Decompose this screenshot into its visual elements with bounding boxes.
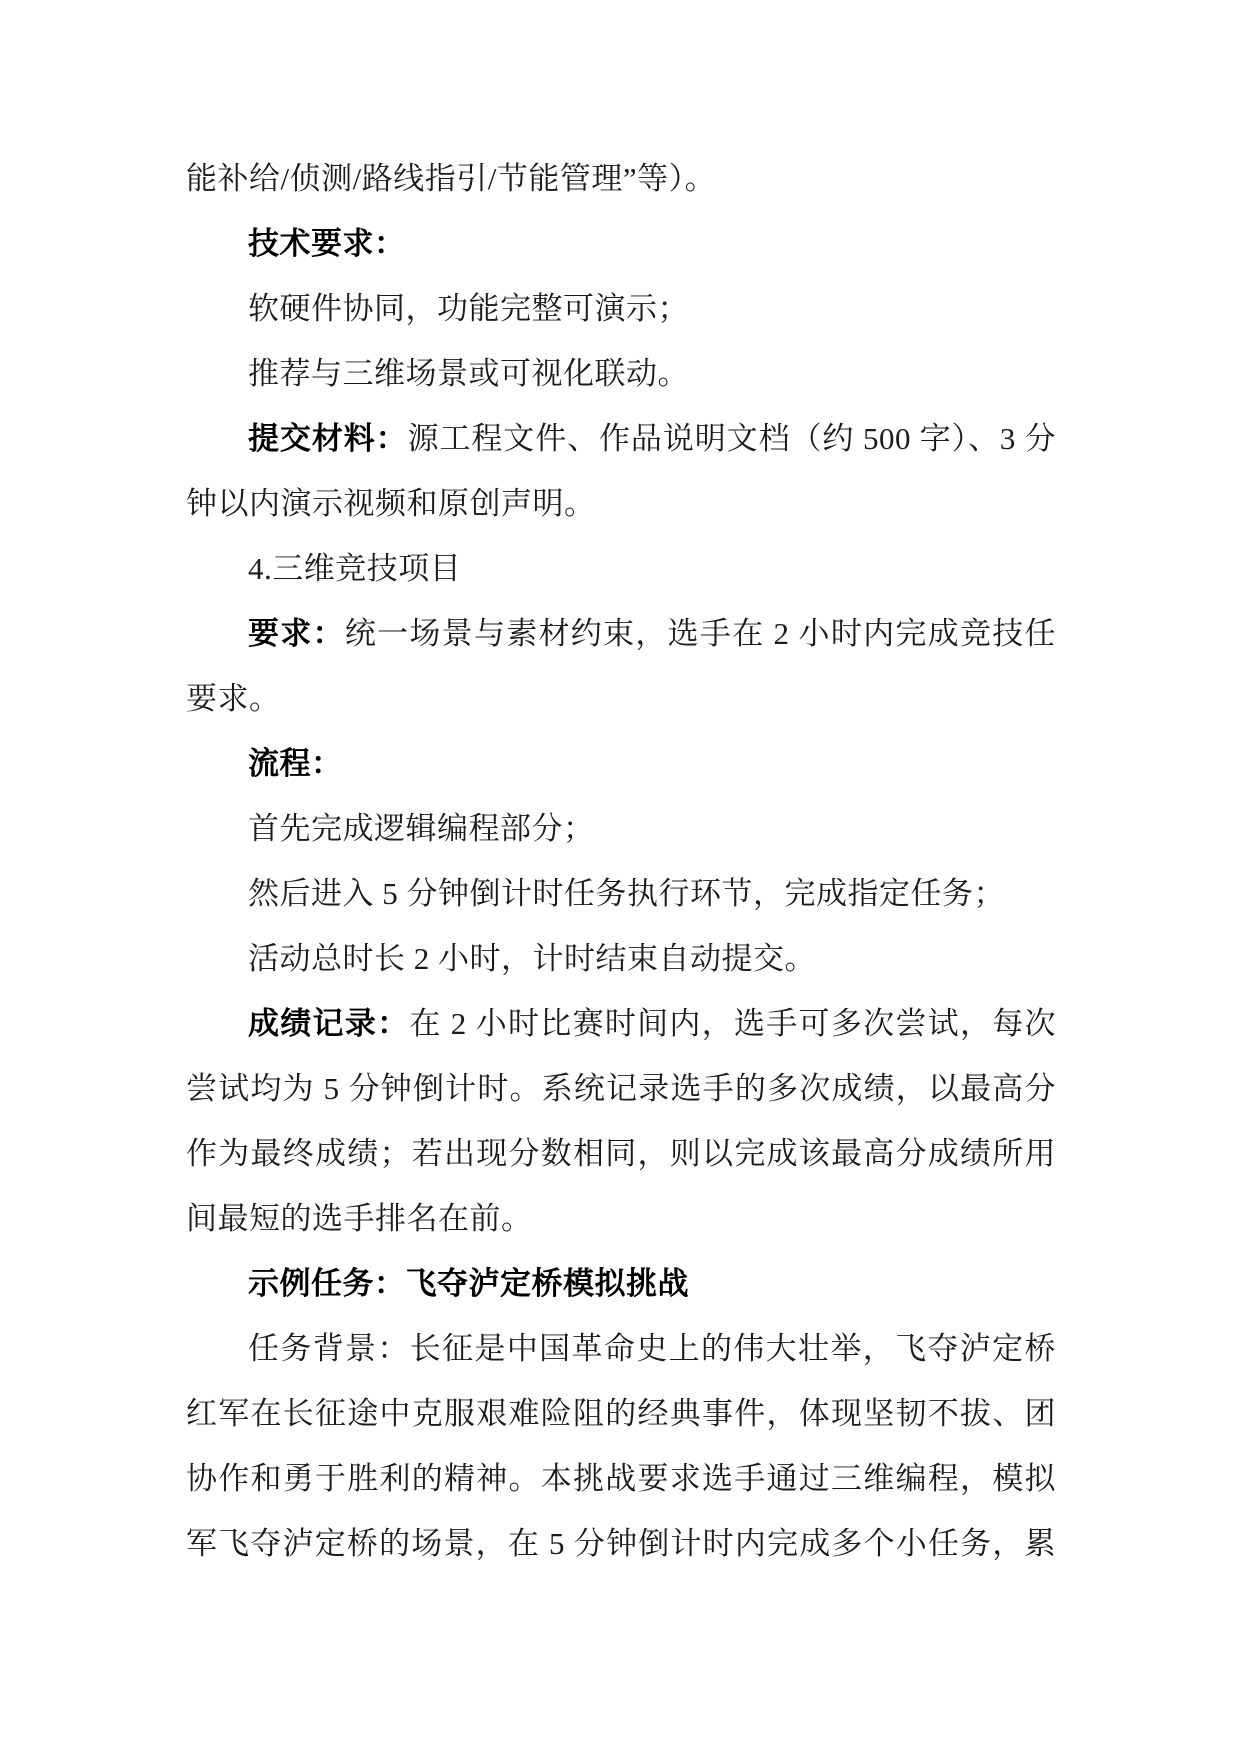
line-text: 红军在长征途中克服艰难险阻的经典事件，体现坚韧不拔、团结 bbox=[186, 1396, 1056, 1446]
line-text: 尝试均为 5 分钟倒计时。系统记录选手的多次成绩，以最高分 bbox=[186, 1071, 1056, 1106]
text-line-17: 间最短的选手排名在前。 bbox=[186, 1186, 1056, 1251]
line-text: 钟以内演示视频和原创声明。 bbox=[186, 486, 596, 521]
text-line-19: 任务背景：长征是中国革命史上的伟大壮举，飞夺泸定桥是 bbox=[186, 1316, 1056, 1381]
line-text: 任务背景：长征是中国革命史上的伟大壮举，飞夺泸定桥是 bbox=[248, 1331, 1056, 1381]
line-bold-text: 技术要求： bbox=[248, 226, 406, 261]
line-text: 协作和勇于胜利的精神。本挑战要求选手通过三维编程，模拟红 bbox=[186, 1461, 1056, 1511]
text-line-10-heading: 流程： bbox=[186, 731, 1056, 796]
text-line-2-heading: 技术要求： bbox=[186, 211, 1056, 276]
text-line-15: 尝试均为 5 分钟倒计时。系统记录选手的多次成绩，以最高分 bbox=[186, 1056, 1056, 1121]
line-text: 活动总时长 2 小时，计时结束自动提交。 bbox=[248, 941, 816, 976]
line-text: 要求。 bbox=[186, 681, 281, 716]
line-text: 首先完成逻辑编程部分； bbox=[248, 811, 595, 846]
line-text: 作为最终成绩；若出现分数相同，则以完成该最高分成绩所用时 bbox=[186, 1136, 1056, 1186]
document-body: 能补给/侦测/路线指引/节能管理”等）。 技术要求： 软硬件协同，功能完整可演示… bbox=[186, 146, 1056, 1576]
text-line-20: 红军在长征途中克服艰难险阻的经典事件，体现坚韧不拔、团结 bbox=[186, 1381, 1056, 1446]
text-line-16: 作为最终成绩；若出现分数相同，则以完成该最高分成绩所用时 bbox=[186, 1121, 1056, 1186]
text-line-11: 首先完成逻辑编程部分； bbox=[186, 796, 1056, 861]
line-bold-text: 提交材料： bbox=[248, 421, 408, 456]
line-text: 统一场景与素材约束，选手在 2 小时内完成竞技任务 bbox=[248, 616, 1056, 666]
text-line-7-section-number: 4.三维竞技项目 bbox=[186, 536, 1056, 601]
text-line-12: 然后进入 5 分钟倒计时任务执行环节，完成指定任务； bbox=[186, 861, 1056, 926]
line-text: 能补给/侦测/路线指引/节能管理”等）。 bbox=[186, 161, 716, 196]
line-text: 源工程文件、作品说明文档（约 500 字）、3 分 bbox=[408, 421, 1056, 456]
text-line-3: 软硬件协同，功能完整可演示； bbox=[186, 276, 1056, 341]
text-line-21: 协作和勇于胜利的精神。本挑战要求选手通过三维编程，模拟红 bbox=[186, 1446, 1056, 1511]
line-bold-text: 流程： bbox=[248, 746, 343, 781]
line-bold-text: 成绩记录： bbox=[248, 1006, 409, 1041]
text-line-14: 成绩记录：在 2 小时比赛时间内，选手可多次尝试，每次 bbox=[186, 991, 1056, 1056]
line-bold-text: 示例任务：飞夺泸定桥模拟挑战 bbox=[248, 1266, 689, 1301]
line-text: 推荐与三维场景或可视化联动。 bbox=[248, 356, 689, 391]
text-line-13: 活动总时长 2 小时，计时结束自动提交。 bbox=[186, 926, 1056, 991]
line-bold-text: 要求： bbox=[248, 616, 345, 651]
text-line-8: 要求：统一场景与素材约束，选手在 2 小时内完成竞技任务 bbox=[186, 601, 1056, 666]
line-text: 软硬件协同，功能完整可演示； bbox=[248, 291, 689, 326]
text-line-18-example-task-heading: 示例任务：飞夺泸定桥模拟挑战 bbox=[186, 1251, 1056, 1316]
line-text: 间最短的选手排名在前。 bbox=[186, 1201, 533, 1236]
line-text: 军飞夺泸定桥的场景，在 5 分钟倒计时内完成多个小任务，累计 bbox=[186, 1526, 1056, 1576]
text-line-6: 钟以内演示视频和原创声明。 bbox=[186, 471, 1056, 536]
document-page: { "page": { "background_color": "#ffffff… bbox=[0, 0, 1241, 1754]
line-text: 在 2 小时比赛时间内，选手可多次尝试，每次 bbox=[409, 1006, 1056, 1041]
text-line-4: 推荐与三维场景或可视化联动。 bbox=[186, 341, 1056, 406]
text-line-22: 军飞夺泸定桥的场景，在 5 分钟倒计时内完成多个小任务，累计 bbox=[186, 1511, 1056, 1576]
line-text: 然后进入 5 分钟倒计时任务执行环节，完成指定任务； bbox=[248, 876, 1005, 911]
line-text: 4.三维竞技项目 bbox=[248, 551, 461, 586]
text-line-1: 能补给/侦测/路线指引/节能管理”等）。 bbox=[186, 146, 1056, 211]
text-line-9: 要求。 bbox=[186, 666, 1056, 731]
text-line-5: 提交材料：源工程文件、作品说明文档（约 500 字）、3 分 bbox=[186, 406, 1056, 471]
